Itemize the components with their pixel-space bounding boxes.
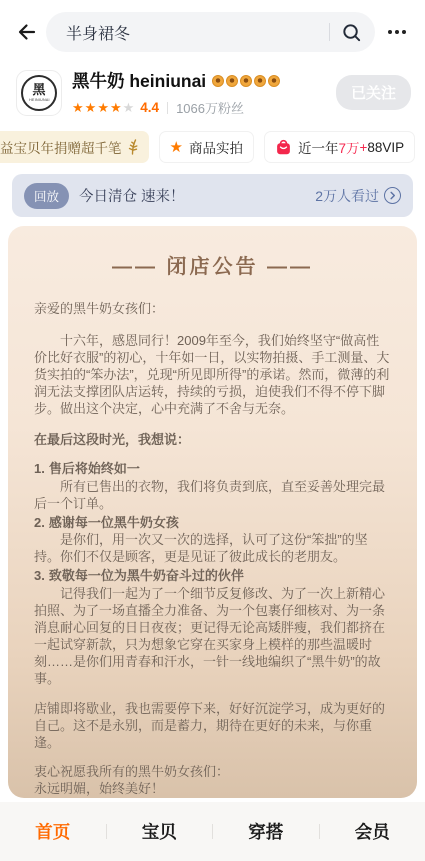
item-number: 1. <box>34 461 45 476</box>
notice-title: —— 闭店公告 —— <box>34 254 391 280</box>
followers-count: 1066万粉丝 <box>176 98 244 117</box>
nav-tab-membership[interactable]: 会员 <box>345 815 400 848</box>
medal-icon <box>268 75 280 87</box>
nav-tab-home[interactable]: 首页 <box>25 815 80 848</box>
top-search-bar: 半身裙冬 <box>0 0 425 58</box>
rating-value: 4.4 <box>140 100 159 115</box>
notice-wish-line-2: 永远明媚，始终美好！ <box>34 780 391 797</box>
back-arrow-icon <box>15 20 39 44</box>
replay-badge: 回放 <box>24 183 69 209</box>
back-button[interactable] <box>10 15 44 49</box>
rating-divider <box>167 102 168 114</box>
charity-tag[interactable]: 益宝贝年捐赠超千笔 <box>0 131 149 163</box>
nav-tab-outfits[interactable]: 穿搭 <box>238 815 293 848</box>
ellipsis-icon <box>388 30 406 34</box>
notice-item-3: 3.致敬每一位为黑牛奶奋斗过的伙伴 记得我们一起为了一个细节反复修改、为了一次上… <box>34 567 391 687</box>
chevron-right-circle-icon <box>384 187 401 204</box>
nav-tab-items[interactable]: 宝贝 <box>132 815 187 848</box>
charity-tag-label: 益宝贝年捐赠超千笔 <box>0 137 122 157</box>
store-rating-row: ★★★★★ 4.4 1066万粉丝 <box>72 98 280 117</box>
store-logo[interactable]: 黑 HEINIUNAI <box>16 70 62 116</box>
followed-button[interactable]: 已关注 <box>336 75 411 110</box>
item-number: 3. <box>34 568 45 583</box>
item-title: 致敬每一位为黑牛奶奋斗过的伙伴 <box>49 568 244 583</box>
search-input[interactable]: 半身裙冬 <box>46 12 375 52</box>
store-info: 黑牛奶 heiniunai ★★★★★ 4.4 1066万粉丝 <box>72 68 280 117</box>
item-number: 2. <box>34 515 45 530</box>
vip-tag-highlight: 7万 <box>338 137 359 157</box>
notice-wish-line-1: 衷心祝愿我所有的黑牛奶女孩们： <box>34 763 391 780</box>
search-icon[interactable] <box>340 21 363 44</box>
nav-divider <box>106 824 107 839</box>
notice-lead: 在最后这段时光，我想说： <box>34 431 391 448</box>
item-body: 是你们，用一次又一次的选择，认可了这份“笨拙”的坚持。你们不仅是顾客，更是见证了… <box>34 531 391 565</box>
viewers-count: 2万人看过 <box>315 186 379 206</box>
item-title: 感谢每一位黑牛奶女孩 <box>49 515 179 530</box>
notice-item-2: 2.感谢每一位黑牛奶女孩 是你们，用一次又一次的选择，认可了这份“笨拙”的坚持。… <box>34 514 391 565</box>
shopping-bag-icon <box>275 139 292 156</box>
wheat-icon <box>126 139 139 155</box>
item-title: 售后将始终如一 <box>49 461 140 476</box>
vip-tag-plus: + <box>359 140 367 155</box>
store-header: 黑 HEINIUNAI 黑牛奶 heiniunai ★★★★★ 4.4 1066 <box>0 58 425 125</box>
item-body: 记得我们一起为了一个细节反复修改、为了一次上新精心拍照、为了一场直播全力准备、为… <box>34 585 391 688</box>
store-page: 半身裙冬 黑 HEINIUNAI 黑牛奶 heiniunai <box>0 0 425 861</box>
live-replay-banner[interactable]: 回放 今日清仓 速来！ 2万人看过 <box>12 174 413 217</box>
item-body: 所有已售出的衣物，我们将负责到底，直至妥善处理完最后一个订单。 <box>34 478 391 512</box>
notice-paragraph-1: 十六年，感恩同行！2009年至今，我们始终坚守“做高性价比好衣服”的初心，十年如… <box>34 332 391 418</box>
seller-medal-badges <box>212 75 280 87</box>
closure-notice-letter: —— 闭店公告 —— 亲爱的黑牛奶女孩们： 十六年，感恩同行！2009年至今，我… <box>8 226 417 798</box>
notice-paragraph-2: 店铺即将歇业，我也需要停下来，好好沉淀学习，成为更好的自己。这不是永别，而是蓄力… <box>34 700 391 751</box>
real-shot-tag[interactable]: ★ 商品实拍 <box>159 131 254 163</box>
notice-item-1: 1.售后将始终如一 所有已售出的衣物，我们将负责到底，直至妥善处理完最后一个订单… <box>34 460 391 511</box>
search-value: 半身裙冬 <box>66 21 329 44</box>
medal-icon <box>254 75 266 87</box>
store-name[interactable]: 黑牛奶 heiniunai <box>72 68 206 93</box>
store-logo-mark: 黑 HEINIUNAI <box>21 75 57 111</box>
nav-divider <box>319 824 320 839</box>
logo-subtext: HEINIUNAI <box>29 98 50 102</box>
real-shot-tag-label: 商品实拍 <box>189 137 243 157</box>
live-banner-text: 今日清仓 速来！ <box>79 185 315 206</box>
notice-salutation: 亲爱的黑牛奶女孩们： <box>34 300 391 317</box>
search-divider <box>329 23 330 41</box>
vip-sales-tag[interactable]: 近一年7万+88VIP <box>264 131 415 163</box>
bottom-nav: 首页 宝贝 穿搭 会员 <box>0 802 425 861</box>
star-rating-icons: ★★★★★ <box>72 101 135 114</box>
medal-icon <box>226 75 238 87</box>
medal-icon <box>240 75 252 87</box>
vip-tag-suffix: 88VIP <box>367 140 404 155</box>
vip-tag-prefix: 近一年 <box>298 137 339 157</box>
logo-character: 黑 <box>32 83 45 96</box>
more-menu-button[interactable] <box>381 15 413 49</box>
store-tags-row: 益宝贝年捐赠超千笔 ★ 商品实拍 近一年7万+88VIP <box>0 125 425 167</box>
star-icon: ★ <box>170 138 183 156</box>
medal-icon <box>212 75 224 87</box>
viewers-link[interactable]: 2万人看过 <box>315 186 401 206</box>
nav-divider <box>212 824 213 839</box>
